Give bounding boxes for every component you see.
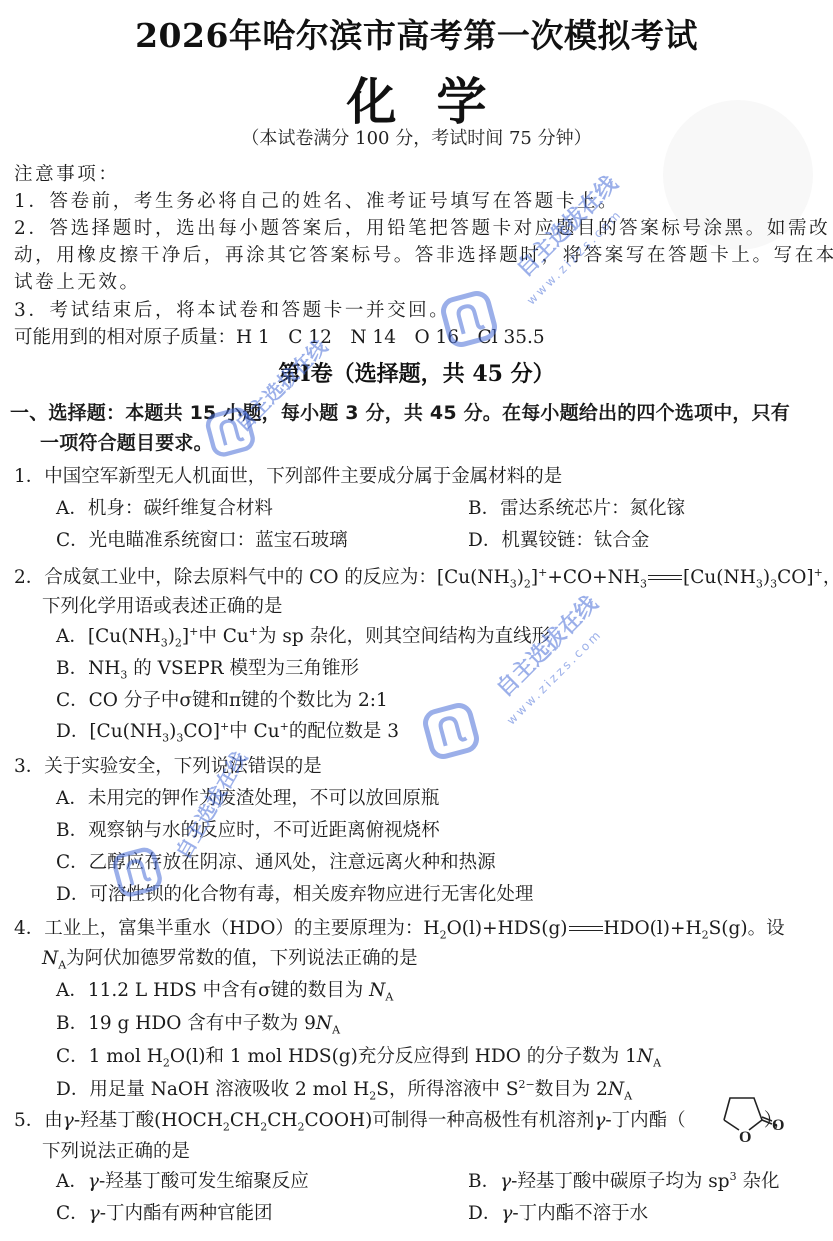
part-heading-cont: 一项符合题目要求。 <box>40 428 213 455</box>
watermark-logo-icon <box>440 290 504 350</box>
question-2-cont: 下列化学用语或表述正确的是 <box>42 592 283 618</box>
notice-item-2-cont: 动，用橡皮擦干净后，再涂其它答案标号。答非选择题时，将答案写在答题卡上。写在本 <box>14 241 833 267</box>
question-1: 1．中国空军新型无人机面世，下列部件主要成分属于金属材料的是 <box>14 462 562 488</box>
question-stem: 工业上，富集半重水（HDO）的主要原理为： <box>44 918 423 939</box>
notice-item-3: 3．考试结束后，将本试卷和答题卡一并交回。 <box>14 296 450 322</box>
q2-option-c[interactable]: C．CO 分子中σ键和π键的个数比为 2:1 <box>56 686 388 712</box>
question-5-cont: 下列说法正确的是 <box>42 1137 190 1163</box>
equilibrium-arrow-icon <box>648 573 682 583</box>
part-heading: 一、选择题：本题共 15 小题，每小题 3 分，共 45 分。在每小题给出的四个… <box>10 398 790 425</box>
question-2: 2．合成氨工业中，除去原料气中的 CO 的反应为：[Cu(NH3)2]++CO+… <box>14 563 833 589</box>
gamma-butyrolactone-structure-icon: O O <box>706 1090 786 1146</box>
question-number: 2． <box>14 567 44 588</box>
q4-option-c[interactable]: C．1 mol H2O(l)和 1 mol HDS(g)充分反应得到 HDO 的… <box>56 1042 661 1068</box>
exam-page: 2026年哈尔滨市高考第一次模拟考试 化学 （本试卷满分 100 分，考试时间 … <box>0 0 833 1241</box>
question-number: 1． <box>14 466 44 487</box>
exam-subtitle: （本试卷满分 100 分，考试时间 75 分钟） <box>0 124 833 150</box>
q4-option-d[interactable]: D．用足量 NaOH 溶液吸收 2 mol H2S，所得溶液中 S2−数目为 2… <box>56 1075 632 1101</box>
q5-option-d[interactable]: D．γ-丁内酯不溶于水 <box>468 1199 648 1225</box>
question-number: 4． <box>14 918 44 939</box>
notice-item-2: 2．答选择题时，选出每小题答案后，用铅笔把答题卡对应题目的答案标号涂黑。如需改 <box>14 214 830 240</box>
question-4-cont: NA为阿伏加德罗常数的值，下列说法正确的是 <box>42 944 418 970</box>
watermark-logo-icon <box>112 845 168 901</box>
reaction-equation: [Cu(NH3)2]++CO+NH3[Cu(NH3)3CO]+， <box>437 567 833 588</box>
q3-option-b[interactable]: B．观察钠与水的反应时，不可近距离俯视烧杯 <box>56 816 440 842</box>
q4-option-a[interactable]: A．11.2 L HDS 中含有σ键的数目为 NA <box>56 976 393 1002</box>
q5-option-c[interactable]: C．γ-丁内酯有两种官能团 <box>56 1199 272 1225</box>
q2-option-d[interactable]: D．[Cu(NH3)3CO]+中 Cu+的配位数是 3 <box>56 717 399 743</box>
question-4: 4．工业上，富集半重水（HDO）的主要原理为：H2O(l)+HDS(g)HDO(… <box>14 914 785 940</box>
question-number: 3． <box>14 756 44 777</box>
q5-option-a[interactable]: A．γ-羟基丁酸可发生缩聚反应 <box>56 1167 309 1193</box>
notice-item-1: 1．答卷前，考生务必将自己的姓名、准考证号填写在答题卡上。 <box>14 187 619 213</box>
watermark-logo-icon <box>422 702 486 762</box>
q1-option-a[interactable]: A．机身：碳纤维复合材料 <box>56 494 273 520</box>
q1-option-d[interactable]: D．机翼铰链：钛合金 <box>468 526 649 552</box>
q1-option-b[interactable]: B．雷达系统芯片：氮化镓 <box>468 494 685 520</box>
question-number: 5． <box>14 1110 44 1131</box>
q1-option-c[interactable]: C．光电瞄准系统窗口：蓝宝石玻璃 <box>56 526 348 552</box>
exam-title: 2026年哈尔滨市高考第一次模拟考试 <box>0 10 833 57</box>
q3-option-a[interactable]: A．未用完的钾作为废渣处理，不可以放回原瓶 <box>56 784 439 810</box>
q5-option-b[interactable]: B．γ-羟基丁酸中碳原子均为 sp3 杂化 <box>468 1167 780 1193</box>
notice-item-2-end: 试卷上无效。 <box>14 268 141 294</box>
svg-text:O: O <box>772 1117 784 1134</box>
question-3: 3．关于实验安全，下列说法错误的是 <box>14 752 322 778</box>
question-stem: 中国空军新型无人机面世，下列部件主要成分属于金属材料的是 <box>44 466 562 487</box>
q4-option-b[interactable]: B．19 g HDO 含有中子数为 9NA <box>56 1009 340 1035</box>
question-stem: 关于实验安全，下列说法错误的是 <box>44 756 322 777</box>
section-title: 第Ⅰ卷（选择题，共 45 分） <box>0 357 833 388</box>
equilibrium-arrow-icon <box>569 924 603 934</box>
reaction-equation: H2O(l)+HDS(g)HDO(l)+H2S(g) <box>423 918 747 939</box>
q2-option-a[interactable]: A．[Cu(NH3)2]+中 Cu+为 sp 杂化，则其空间结构为直线形 <box>56 622 550 648</box>
svg-text:O: O <box>739 1129 751 1146</box>
question-stem: 合成氨工业中，除去原料气中的 CO 的反应为： <box>44 567 437 588</box>
notice-heading: 注意事项： <box>14 160 120 186</box>
q2-option-b[interactable]: B．NH3 的 VSEPR 模型为三角锥形 <box>56 654 359 680</box>
question-5: 5．由γ-羟基丁酸(HOCH2CH2CH2COOH)可制得一种高极性有机溶剂γ-… <box>14 1106 791 1132</box>
